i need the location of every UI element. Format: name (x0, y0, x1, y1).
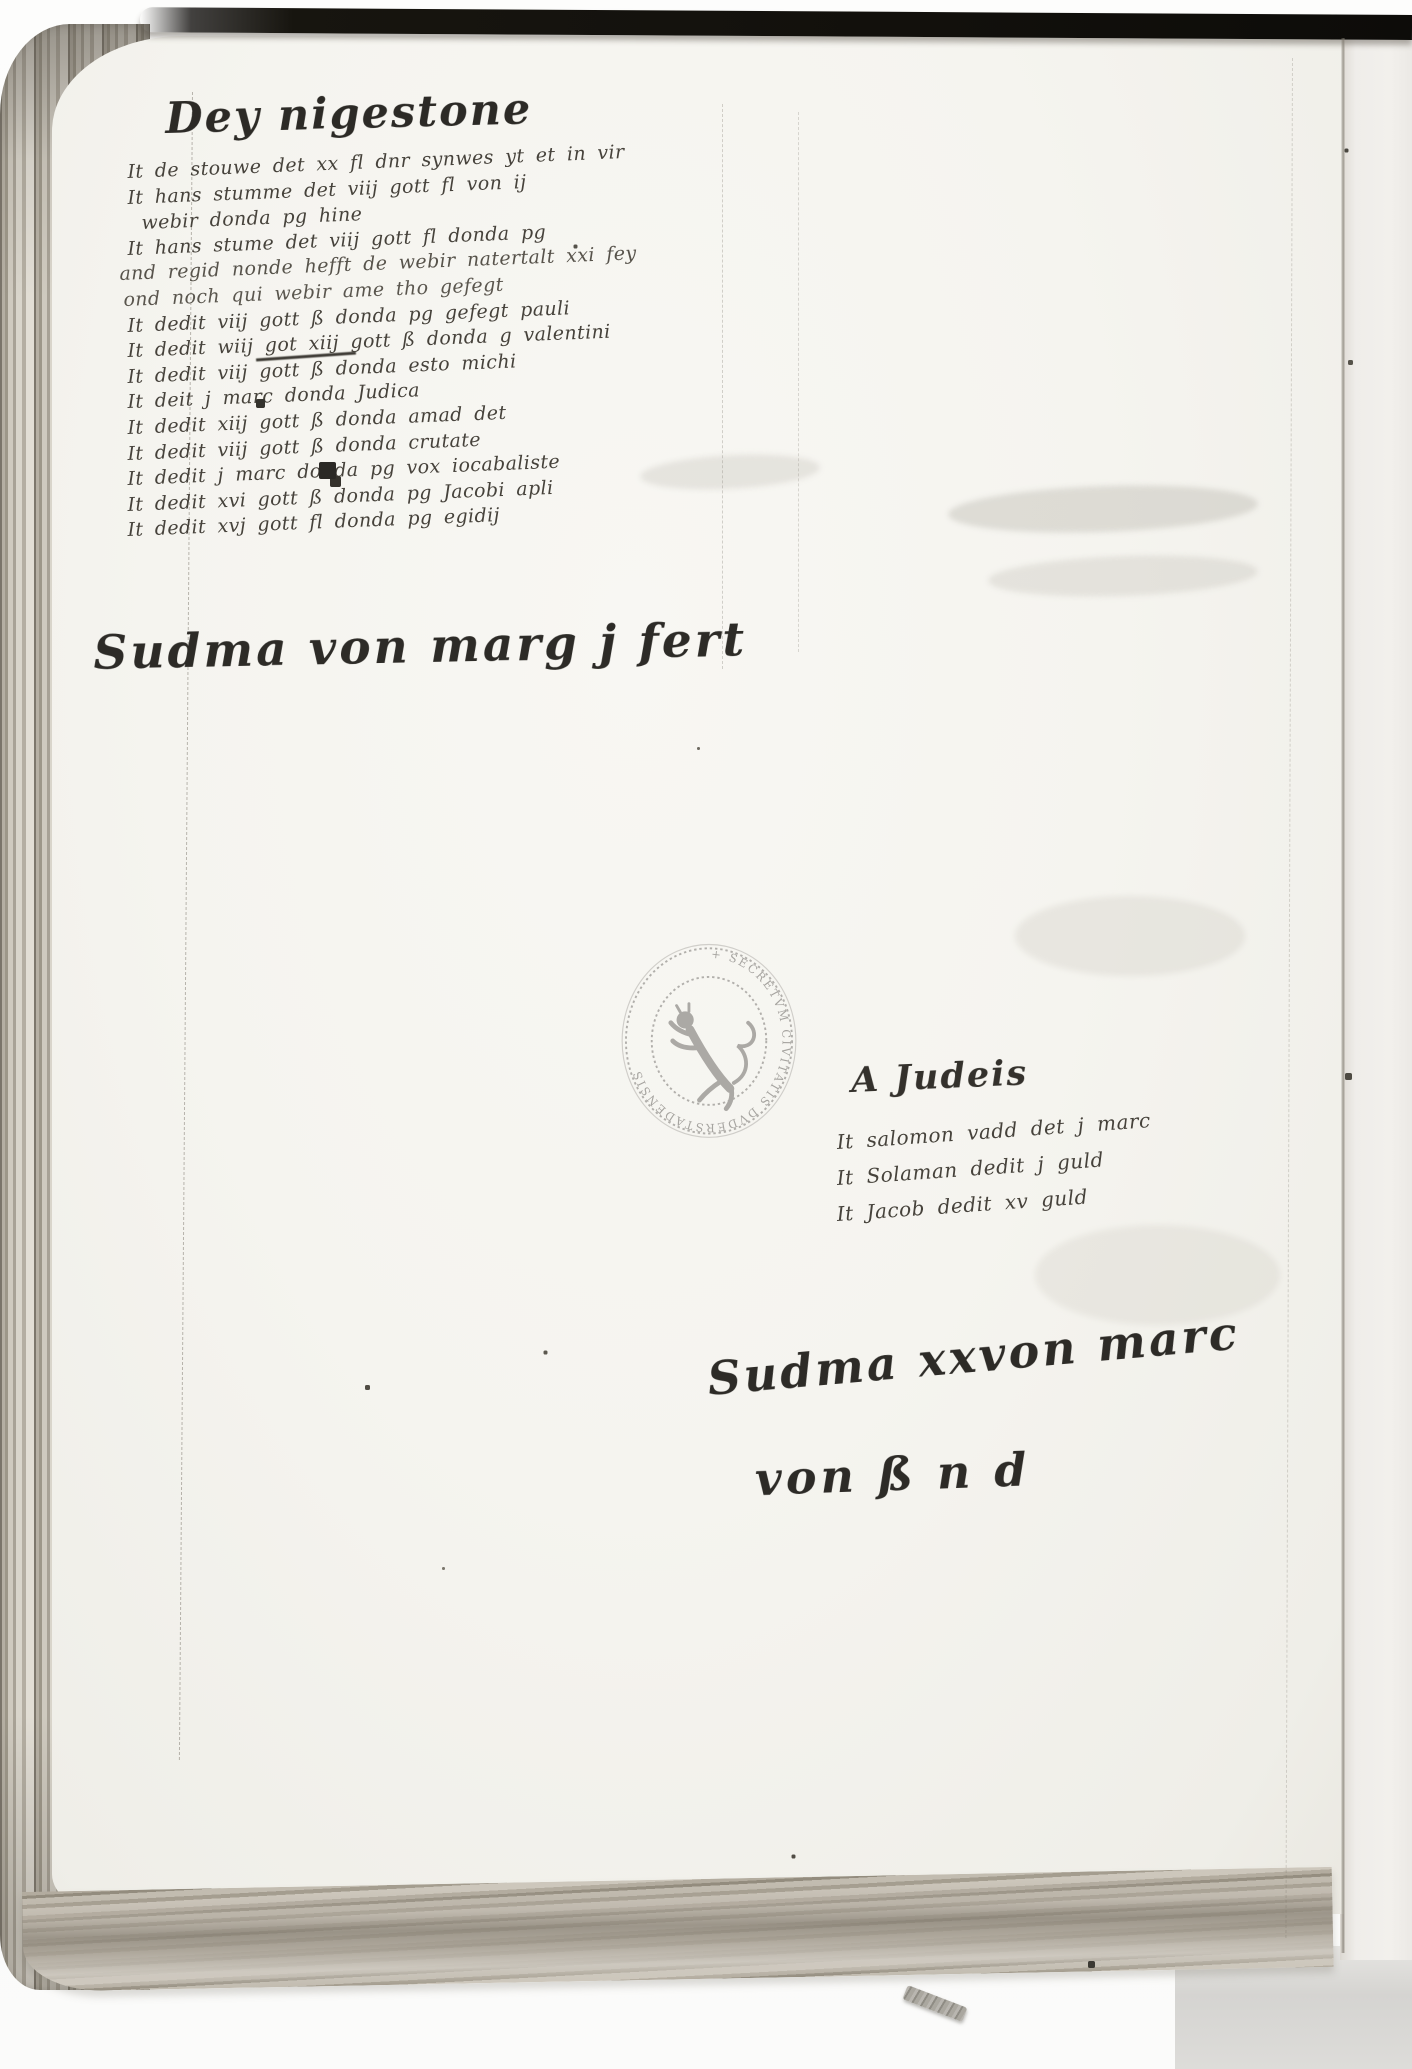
ledger-entries: It de stouwe det xx fl dnr synwes yt et … (128, 160, 848, 544)
section-heading: Dey nigestone (165, 84, 533, 144)
ink-speckles (0, 0, 1, 1)
next-page-edge (1340, 30, 1412, 1960)
city-seal-stamp: + SECRETVM CIVITATIS DVDERSTADENSIS (613, 934, 805, 1144)
seal-legend-text: + SECRETVM CIVITATIS DVDERSTADENSIS (629, 947, 793, 1135)
seal-outer-edge-icon (622, 945, 796, 1138)
manuscript-scan: { "page": { "heading": "Dey nigestone", … (0, 0, 1412, 2069)
juden-section-heading: A Judeis (850, 1052, 1029, 1101)
summary-bottom-line-2: von ß n d (754, 1442, 1031, 1506)
bleedthrough-smudge (1035, 1225, 1280, 1325)
juden-entries: It salomon vadd det j marcIt Solaman ded… (838, 1124, 1153, 1232)
page-crease (1341, 38, 1345, 1953)
bleedthrough-smudge (1015, 896, 1245, 976)
seal-inner-ring-icon (652, 977, 767, 1105)
